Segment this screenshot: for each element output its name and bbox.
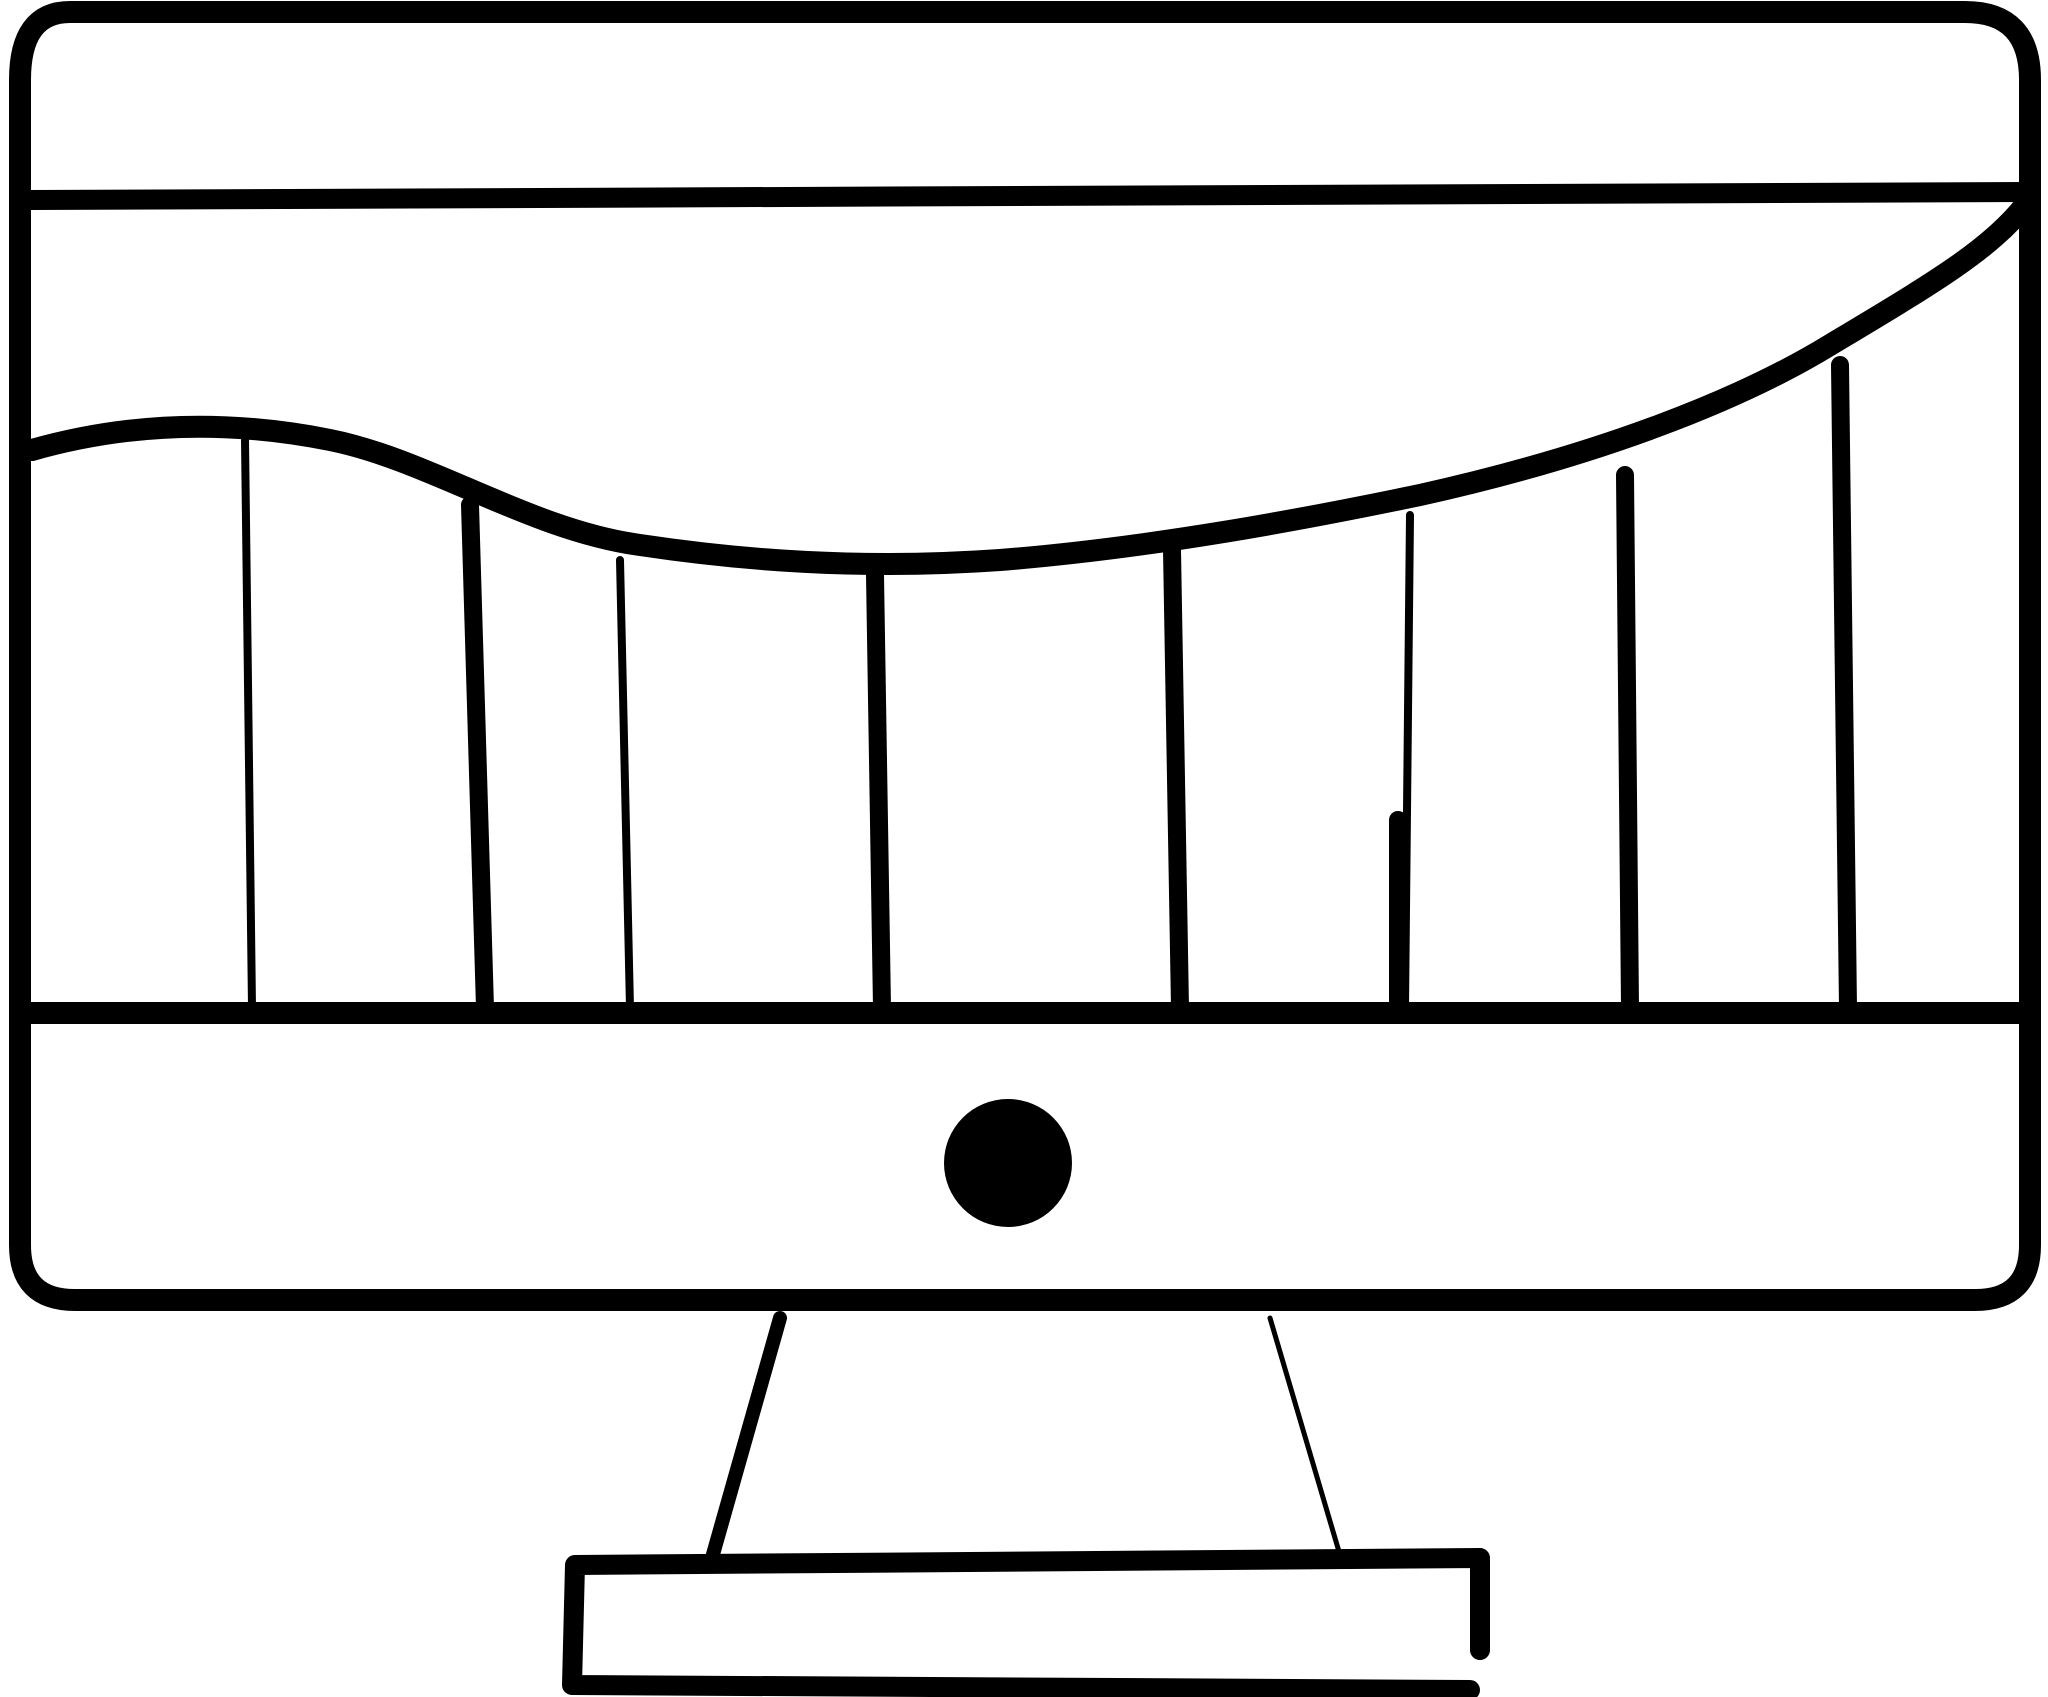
monitor-chart-icon [0, 0, 2048, 1697]
stand-base [572, 1558, 1480, 1690]
stand-neck-left [710, 1318, 780, 1565]
top-bar-divider [30, 192, 2025, 200]
power-button [944, 1099, 1072, 1227]
area-curve [32, 205, 2025, 564]
stand-neck-right [1270, 1318, 1340, 1555]
vertical-bars [245, 365, 1848, 1008]
